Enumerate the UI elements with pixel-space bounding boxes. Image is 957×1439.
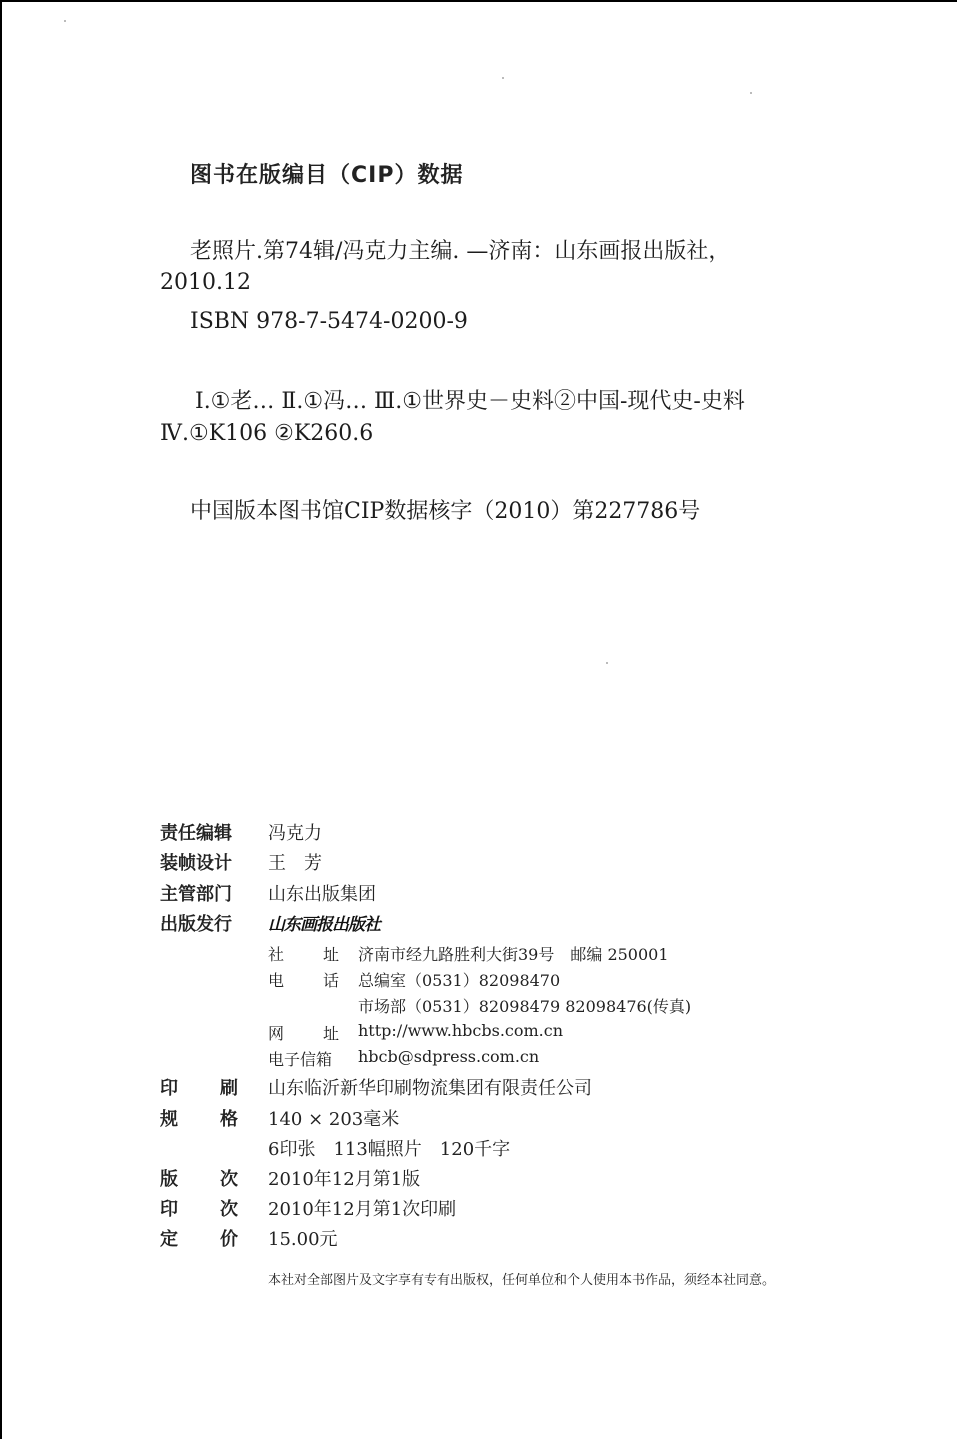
page-border-top — [0, 0, 957, 2]
cip-title-line: 老照片.第74辑/冯克力主编. —济南：山东画报出版社， — [190, 234, 730, 265]
value-address: 济南市经九路胜利大街39号 邮编 250001 — [358, 942, 669, 965]
label-edition-char-2: 次 — [220, 1165, 238, 1191]
value-phone-marketing: 市场部（0531）82098479 82098476(传真) — [358, 994, 691, 1017]
label-supervisor: 主管部门 — [160, 880, 232, 906]
label-email: 电子信箱 — [268, 1047, 332, 1070]
label-phone-char-1: 电 — [268, 968, 284, 991]
label-printing-char-2: 次 — [220, 1195, 238, 1221]
value-price: 15.00元 — [268, 1225, 338, 1251]
value-email[interactable]: hbcb@sdpress.com.cn — [358, 1047, 539, 1066]
label-website-char-2: 址 — [323, 1021, 339, 1044]
scan-speck — [606, 662, 608, 664]
label-publisher: 出版发行 — [160, 910, 232, 936]
cip-subject-line-2: Ⅳ.①K106 ②K260.6 — [160, 421, 373, 446]
scan-speck — [750, 92, 752, 94]
label-cover-design: 装帧设计 — [160, 849, 232, 875]
value-printer: 山东临沂新华印刷物流集团有限责任公司 — [268, 1074, 592, 1100]
value-printing: 2010年12月第1次印刷 — [268, 1195, 456, 1221]
label-phone-char-2: 话 — [323, 968, 339, 991]
cip-isbn-line: ISBN 978-7-5474-0200-9 — [190, 309, 468, 334]
copyright-note: 本社对全部图片及文字享有专有出版权，任何单位和个人使用本书作品，须经本社同意。 — [268, 1269, 775, 1288]
label-format-char-2: 格 — [220, 1105, 238, 1131]
value-format-size: 140 × 203毫米 — [268, 1105, 399, 1131]
publisher-logo: 山东画报出版社 — [268, 910, 380, 935]
scan-speck — [64, 20, 66, 22]
label-price-char-1: 定 — [160, 1225, 178, 1251]
value-format-details: 6印张 113幅照片 120千字 — [268, 1135, 510, 1161]
value-website[interactable]: http://www.hbcbs.com.cn — [358, 1021, 563, 1040]
label-format-char-1: 规 — [160, 1105, 178, 1131]
cip-subject-line-1: Ⅰ.①老… Ⅱ.①冯… Ⅲ.①世界史－史料②中国-现代史-史料 — [195, 384, 745, 415]
label-printer-char-2: 刷 — [220, 1074, 238, 1100]
label-price-char-2: 价 — [220, 1225, 238, 1251]
label-responsible-editor: 责任编辑 — [160, 819, 232, 845]
label-website-char-1: 网 — [268, 1021, 284, 1044]
label-address-char-2: 址 — [323, 942, 339, 965]
label-edition-char-1: 版 — [160, 1165, 178, 1191]
label-address-char-1: 社 — [268, 942, 284, 965]
label-printer-char-1: 印 — [160, 1074, 178, 1100]
value-supervisor: 山东出版集团 — [268, 880, 376, 906]
page-border-left — [0, 0, 2, 1439]
cip-heading: 图书在版编目（CIP）数据 — [190, 158, 463, 189]
cip-approval-line: 中国版本图书馆CIP数据核字（2010）第227786号 — [190, 494, 700, 525]
scan-speck — [502, 77, 504, 79]
value-cover-design: 王 芳 — [268, 849, 322, 875]
value-edition: 2010年12月第1版 — [268, 1165, 420, 1191]
value-responsible-editor: 冯克力 — [268, 819, 322, 845]
label-printing-char-1: 印 — [160, 1195, 178, 1221]
cip-date-line: 2010.12 — [160, 270, 251, 295]
value-phone-editorial: 总编室（0531）82098470 — [358, 968, 560, 991]
